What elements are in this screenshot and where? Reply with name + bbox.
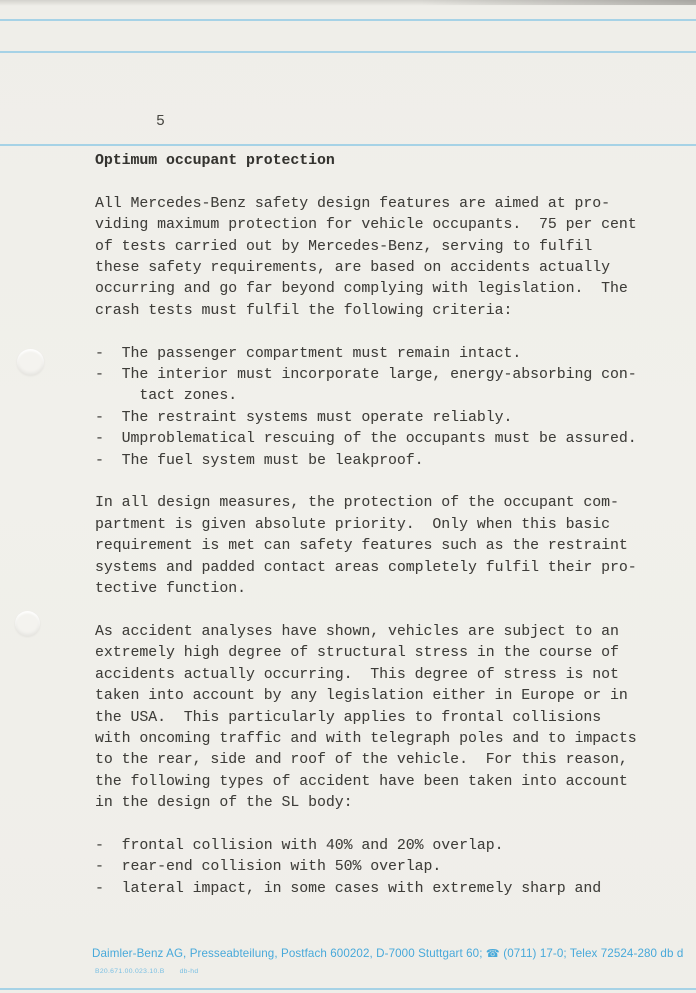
footer-address: Daimler-Benz AG, Presseabteilung, Postfa… <box>92 947 486 960</box>
list-item: - frontal collision with 40% and 20% ove… <box>95 836 661 857</box>
scan-top-edge-shadow <box>421 0 696 5</box>
page-number: 5 <box>156 112 165 133</box>
punch-hole-top <box>17 349 44 375</box>
accident-types-list: - frontal collision with 40% and 20% ove… <box>95 836 661 900</box>
horizontal-rule-top-1 <box>0 19 696 21</box>
paragraph-intro: All Mercedes-Benz safety design features… <box>95 194 661 322</box>
list-item: - The fuel system must be leakproof. <box>95 451 661 472</box>
footer-document-code: B20.671.00.023.10.B <box>95 968 165 975</box>
footer-phone-telex: (0711) 17-0; Telex 72524-280 db d <box>500 947 683 960</box>
document-body: Optimum occupant protection All Mercedes… <box>95 151 661 922</box>
paragraph-priority: In all design measures, the protection o… <box>95 493 661 600</box>
list-item: - rear-end collision with 50% overlap. <box>95 857 661 878</box>
footer-code-suffix: db-hd <box>180 968 199 975</box>
horizontal-rule-bottom <box>0 988 696 990</box>
footer-imprint: Daimler-Benz AG, Presseabteilung, Postfa… <box>92 947 683 961</box>
crash-test-criteria-list: - The passenger compartment must remain … <box>95 344 661 472</box>
list-item: - The interior must incorporate large, e… <box>95 365 661 408</box>
list-item: - The restraint systems must operate rel… <box>95 408 661 429</box>
horizontal-rule-header <box>0 144 696 146</box>
horizontal-rule-top-2 <box>0 51 696 53</box>
footer-reference: B20.671.00.023.10.Bdb-hd <box>95 967 198 976</box>
section-heading: Optimum occupant protection <box>95 151 661 172</box>
paragraph-accident-analyses: As accident analyses have shown, vehicle… <box>95 622 661 815</box>
list-item: - The passenger compartment must remain … <box>95 344 661 365</box>
phone-icon: ☎ <box>486 948 500 960</box>
document-page: 5 Optimum occupant protection All Merced… <box>0 0 696 993</box>
punch-hole-bottom <box>15 611 40 636</box>
list-item: - Umproblematical rescuing of the occupa… <box>95 429 661 450</box>
list-item: - lateral impact, in some cases with ext… <box>95 879 661 900</box>
